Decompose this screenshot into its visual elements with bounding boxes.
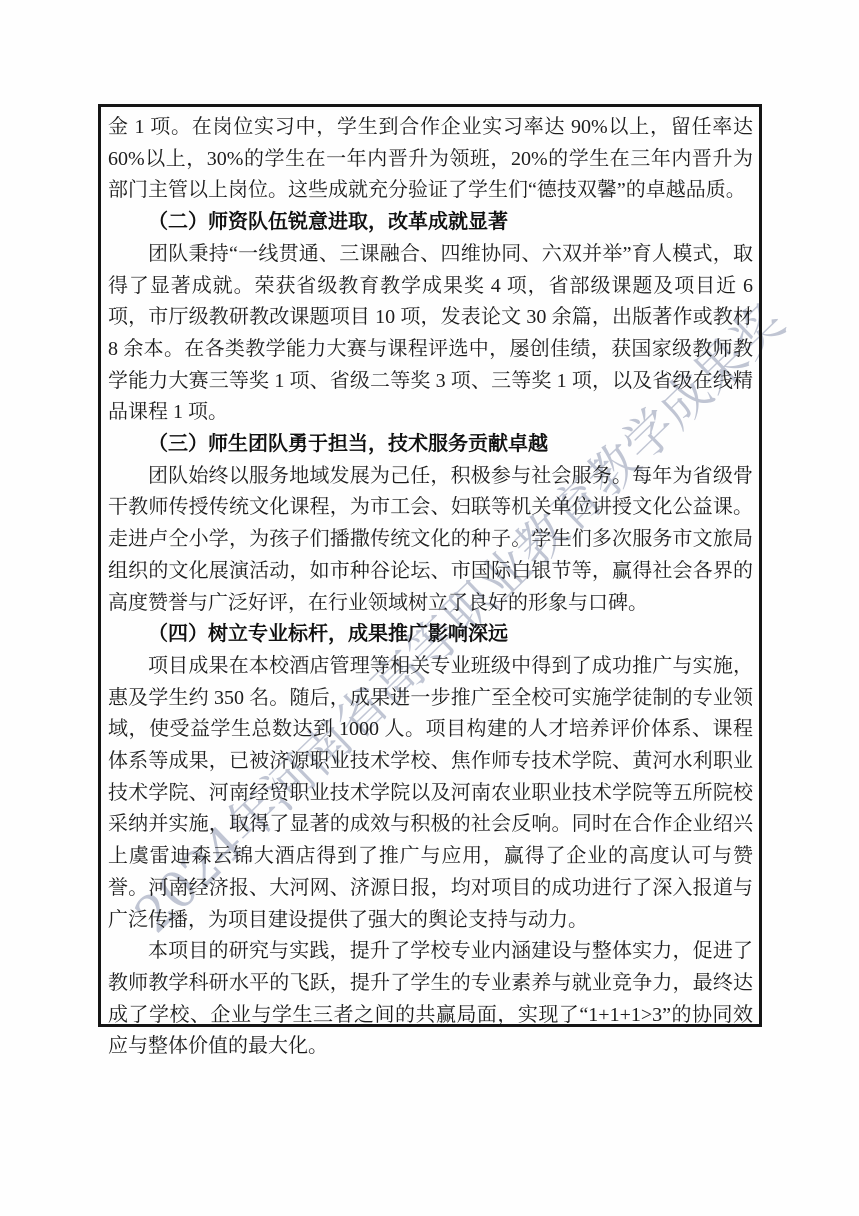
paragraph-section-2: 团队秉持“一线贯通、三课融合、四维协同、六双并举”育人模式，取得了显著成就。荣获…: [108, 239, 753, 429]
paragraph-conclusion: 本项目的研究与实践，提升了学校专业内涵建设与整体实力，促进了教师教学科研水平的飞…: [108, 936, 753, 1063]
section-heading-2: （二）师资队伍锐意进取，改革成就显著: [108, 207, 753, 239]
document-border-frame: 金 1 项。在岗位实习中，学生到合作企业实习率达 90%以上，留任率达 60%以…: [98, 104, 762, 1027]
section-heading-3: （三）师生团队勇于担当，技术服务贡献卓越: [108, 429, 753, 461]
document-page: 2024年河南省高等职业教育教学成果奖 金 1 项。在岗位实习中，学生到合作企业…: [0, 0, 859, 1216]
paragraph-section-3: 团队始终以服务地域发展为己任，积极参与社会服务。每年为省级骨干教师传授传统文化课…: [108, 461, 753, 620]
paragraph-continuation: 金 1 项。在岗位实习中，学生到合作企业实习率达 90%以上，留任率达 60%以…: [108, 112, 753, 207]
section-heading-4: （四）树立专业标杆，成果推广影响深远: [108, 619, 753, 651]
paragraph-section-4: 项目成果在本校酒店管理等相关专业班级中得到了成功推广与实施，惠及学生约 350 …: [108, 651, 753, 936]
